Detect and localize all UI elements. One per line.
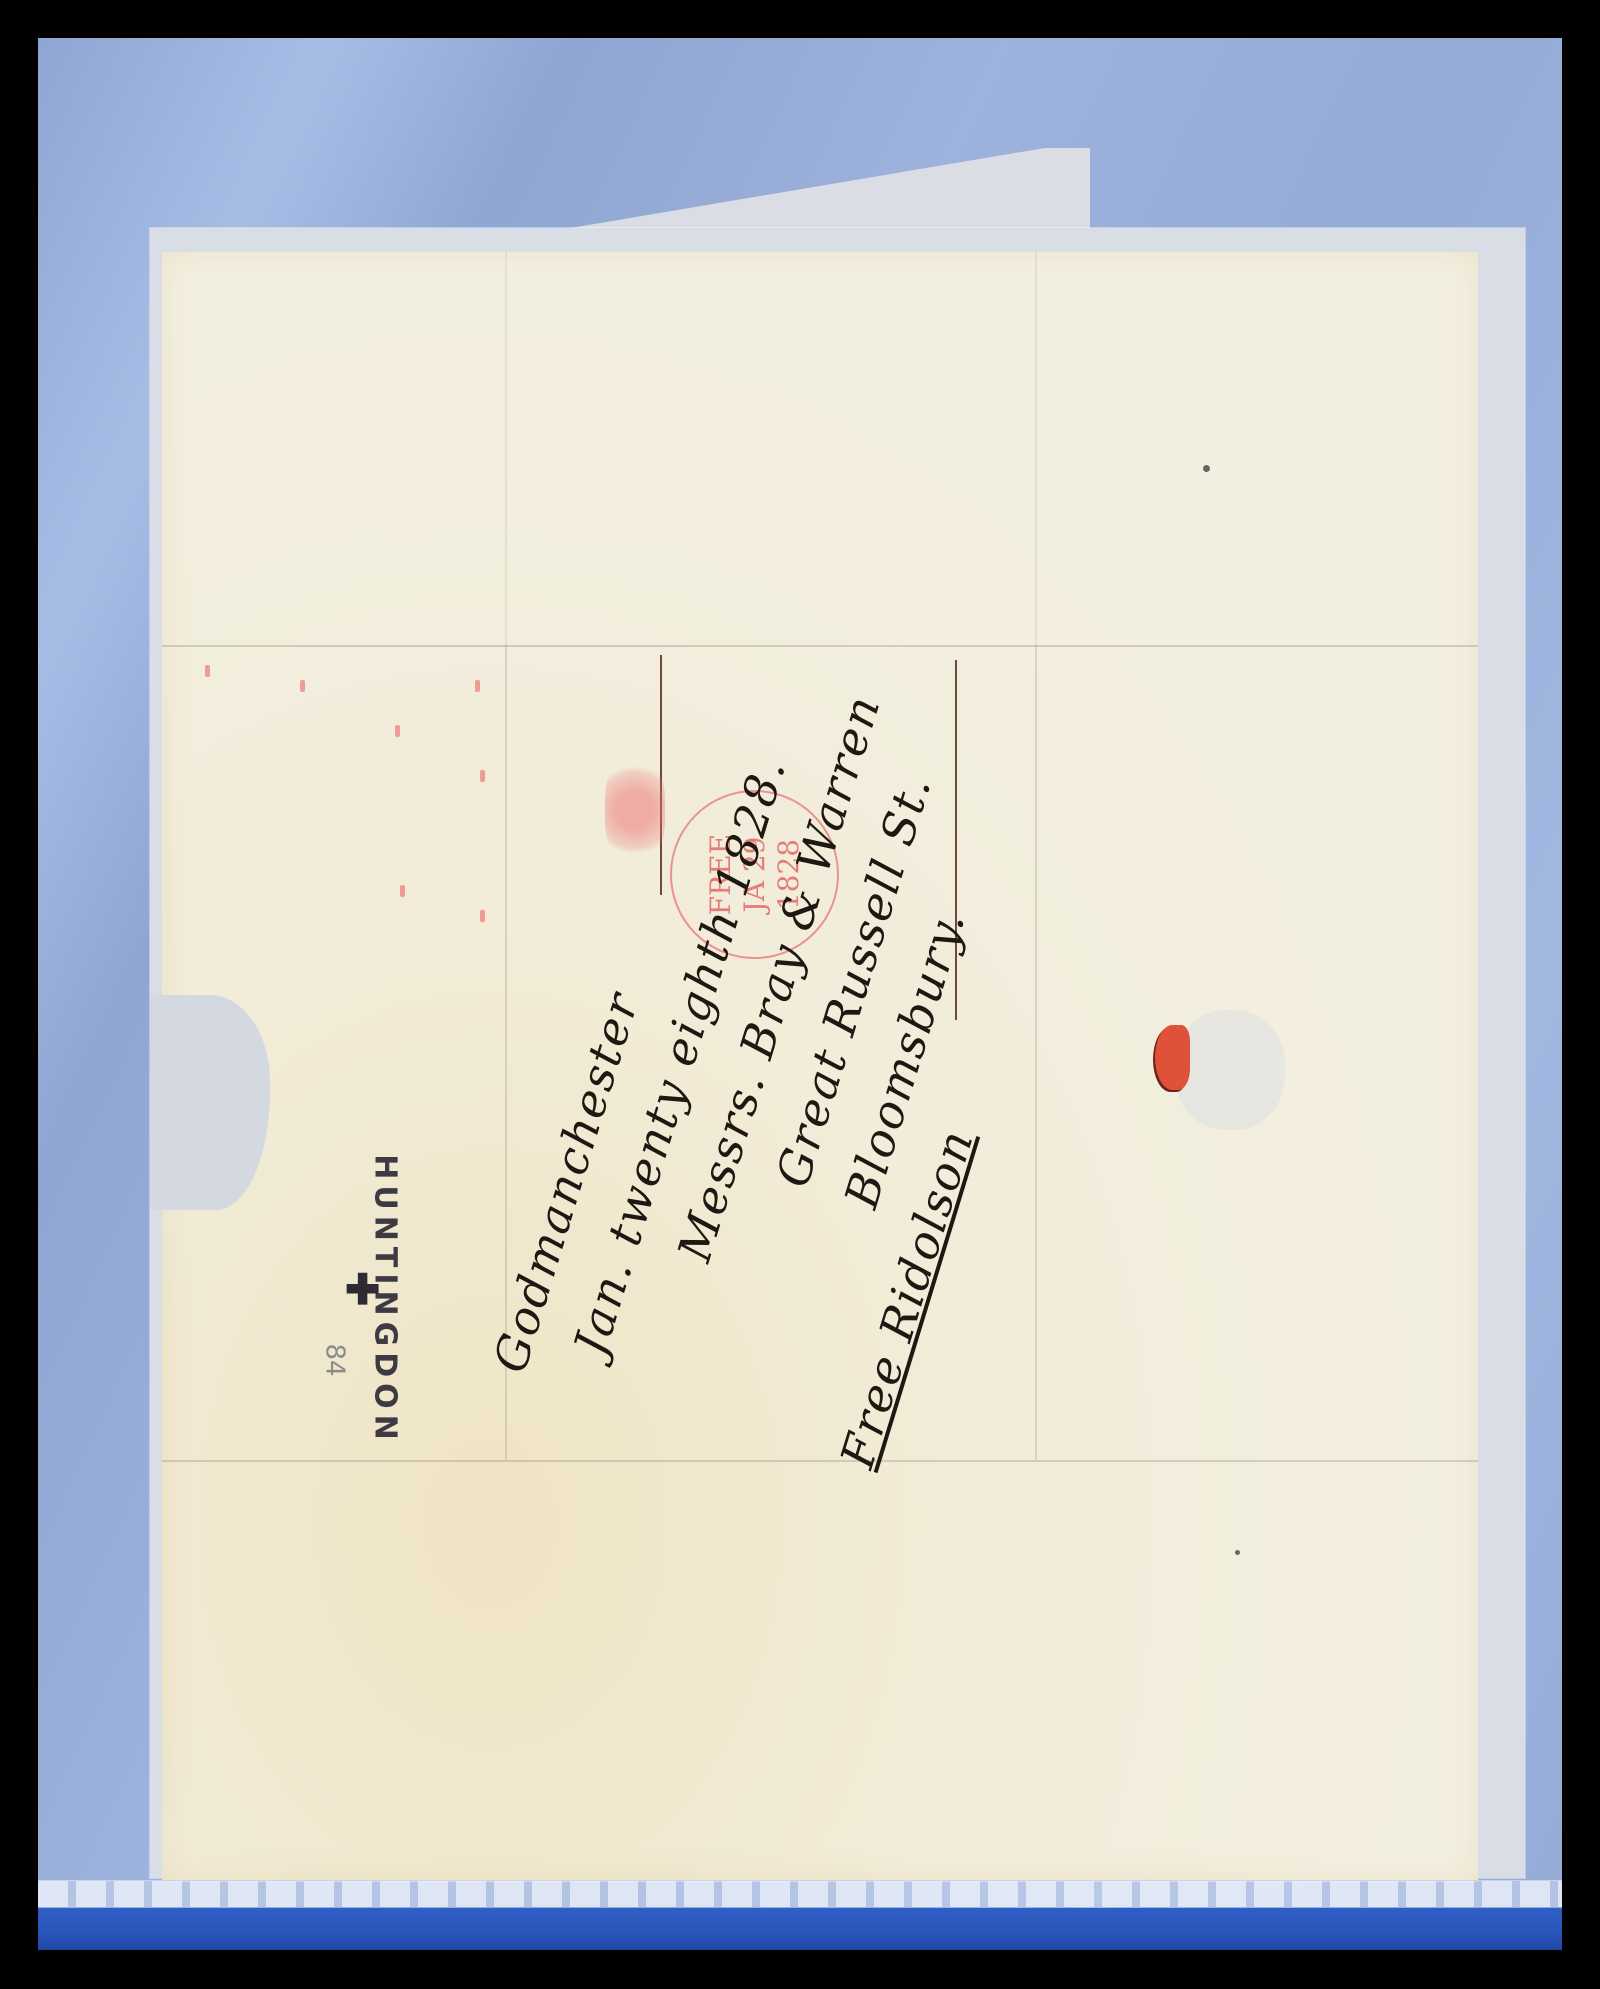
wax-seal	[1155, 1025, 1190, 1090]
pencil-note: 84	[320, 1343, 350, 1376]
red-speck	[480, 770, 485, 782]
cross-mark: ✚	[345, 1265, 380, 1314]
red-speck	[205, 665, 210, 677]
red-speck	[480, 910, 485, 922]
spot	[1203, 465, 1210, 472]
red-speck	[475, 680, 480, 692]
red-speck	[395, 725, 400, 737]
sleeve-seam	[38, 1880, 1562, 1907]
fold-line	[162, 645, 1478, 647]
red-speck	[400, 885, 405, 897]
spot	[1235, 1550, 1240, 1555]
fold-line	[505, 252, 507, 645]
torn-notch	[150, 995, 270, 1210]
seal-scar	[1175, 1010, 1285, 1130]
red-speck	[300, 680, 305, 692]
sleeve-binding-strip	[38, 1908, 1562, 1950]
fold-line	[1035, 252, 1037, 645]
